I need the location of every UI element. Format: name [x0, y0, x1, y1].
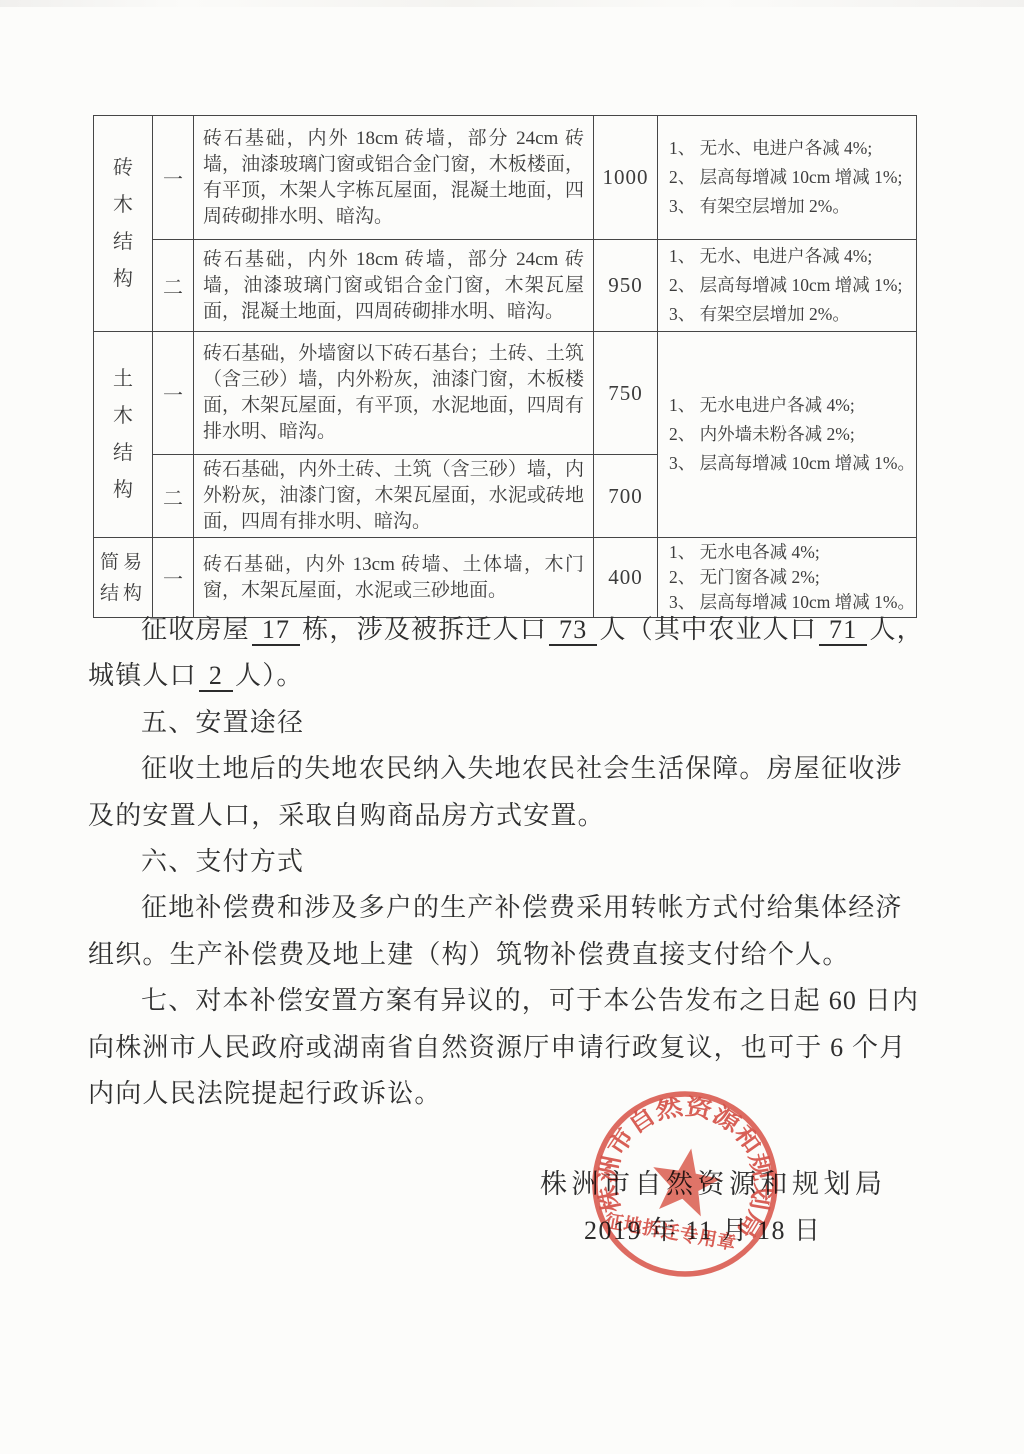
grade-cell: 一: [153, 116, 194, 240]
structure-type-label: 简易结构: [99, 547, 147, 609]
paragraph-line: 城镇人口2人）。: [88, 653, 932, 699]
description-cell: 砖石基础，内外土砖、土筑（含三砂）墙，内外粉灰，油漆门窗，木架瓦屋面，水泥或砖地…: [194, 455, 594, 538]
structure-type-label: 土木结构: [112, 361, 134, 509]
note-line: 1、 无水电各减 4%;: [669, 540, 912, 565]
grade-cell: 一: [153, 332, 194, 455]
unit-price-cell: 400: [594, 538, 658, 618]
note-line: 2、 层高每增减 10cm 增减 1%;: [669, 271, 912, 300]
scan-edge-artifact: [0, 0, 1024, 7]
note-line: 3、 层高每增减 10cm 增减 1%。: [669, 449, 912, 478]
note-line: 2、 无门窗各减 2%;: [669, 565, 912, 590]
document-page: 砖木结构 一 砖石基础，内外 18cm 砖墙，部分 24cm 砖墙，油漆玻璃门窗…: [0, 0, 1024, 1454]
text-segment: 城镇人口: [88, 661, 197, 690]
table-row: 二 砖石基础，内外 18cm 砖墙，部分 24cm 砖墙，油漆玻璃门窗或铝合金门…: [94, 240, 917, 332]
description-cell: 砖石基础，内外 18cm 砖墙，部分 24cm 砖墙，油漆玻璃门窗或铝合金门窗，…: [194, 240, 594, 332]
description-cell: 砖石基础，内外 18cm 砖墙，部分 24cm 砖墙，油漆玻璃门窗或铝合金门窗，…: [194, 116, 594, 240]
unit-price-cell: 750: [594, 332, 658, 455]
paragraph-line: 组织。生产补偿费及地上建（构）筑物补偿费直接支付给个人。: [88, 932, 932, 978]
note-line: 1、 无水、电进户各减 4%;: [669, 134, 912, 163]
text-segment: 人，: [869, 615, 923, 644]
text-segment: 栋，涉及被拆迁人口: [302, 615, 547, 644]
note-line: 1、 无水、电进户各减 4%;: [669, 242, 912, 271]
text-segment: 人）。: [235, 661, 304, 690]
description-cell: 砖石基础，外墙窗以下砖石基台；土砖、土筑（含三砂）墙，内外粉灰，油漆门窗，木板楼…: [194, 332, 594, 455]
text-segment: 征收房屋: [141, 615, 250, 644]
structure-type-cell: 砖木结构: [94, 116, 153, 332]
note-line: 2、 层高每增减 10cm 增减 1%;: [669, 163, 912, 192]
note-line: 1、 无水电进户各减 4%;: [669, 391, 912, 420]
structure-type-cell: 土木结构: [94, 332, 153, 538]
table-row: 砖木结构 一 砖石基础，内外 18cm 砖墙，部分 24cm 砖墙，油漆玻璃门窗…: [94, 116, 917, 240]
structure-type-label: 砖木结构: [112, 150, 134, 298]
relocated-population-value: 73: [549, 615, 597, 646]
body-text: 征收房屋17栋，涉及被拆迁人口73人（其中农业人口71人， 城镇人口2人）。 五…: [88, 607, 932, 1117]
paragraph-line: 七、对本补偿安置方案有异议的，可于本公告发布之日起 60 日内: [88, 978, 932, 1024]
notes-cell-merged: 1、 无水电进户各减 4%; 2、 内外墙未粉各减 2%; 3、 层高每增减 1…: [658, 332, 917, 538]
notes-cell: 1、 无水电各减 4%; 2、 无门窗各减 2%; 3、 层高每增减 10cm …: [658, 538, 917, 618]
description-cell: 砖石基础，内外 13cm 砖墙、土体墙，木门窗，木架瓦屋面，水泥或三砂地面。: [194, 538, 594, 618]
grade-cell: 二: [153, 240, 194, 332]
house-count-value: 17: [252, 615, 300, 646]
notes-cell: 1、 无水、电进户各减 4%; 2、 层高每增减 10cm 增减 1%; 3、 …: [658, 116, 917, 240]
grade-cell: 一: [153, 538, 194, 618]
agricultural-population-value: 71: [819, 615, 867, 646]
text-segment: 人（其中农业人口: [599, 615, 817, 644]
structure-type-cell: 简易结构: [94, 538, 153, 618]
paragraph-line: 征收房屋17栋，涉及被拆迁人口73人（其中农业人口71人，: [88, 607, 932, 653]
unit-price-cell: 1000: [594, 116, 658, 240]
paragraph-line: 征地补偿费和涉及多户的生产补偿费采用转帐方式付给集体经济: [88, 885, 932, 931]
seal-star-icon: [646, 1143, 725, 1219]
note-line: 3、 有架空层增加 2%。: [669, 300, 912, 329]
unit-price-cell: 950: [594, 240, 658, 332]
table-row: 土木结构 一 砖石基础，外墙窗以下砖石基台；土砖、土筑（含三砂）墙，内外粉灰，油…: [94, 332, 917, 455]
note-line: 3、 有架空层增加 2%。: [669, 192, 912, 221]
section-heading-5: 五、安置途径: [88, 700, 932, 746]
table-row: 简易结构 一 砖石基础，内外 13cm 砖墙、土体墙，木门窗，木架瓦屋面，水泥或…: [94, 538, 917, 618]
urban-population-value: 2: [199, 661, 233, 692]
grade-cell: 二: [153, 455, 194, 538]
section-heading-6: 六、支付方式: [88, 839, 932, 885]
paragraph-line: 及的安置人口，采取自购商品房方式安置。: [88, 793, 932, 839]
notes-cell: 1、 无水、电进户各减 4%; 2、 层高每增减 10cm 增减 1%; 3、 …: [658, 240, 917, 332]
official-seal: 株洲市自然资源和规划局 征地拆迁专用章: [558, 1057, 813, 1312]
unit-price-cell: 700: [594, 455, 658, 538]
paragraph-line: 征收土地后的失地农民纳入失地农民社会生活保障。房屋征收涉: [88, 746, 932, 792]
note-line: 2、 内外墙未粉各减 2%;: [669, 420, 912, 449]
paragraph-line: 向株洲市人民政府或湖南省自然资源厅申请行政复议，也可于 6 个月: [88, 1025, 932, 1071]
compensation-table: 砖木结构 一 砖石基础，内外 18cm 砖墙，部分 24cm 砖墙，油漆玻璃门窗…: [93, 115, 917, 618]
